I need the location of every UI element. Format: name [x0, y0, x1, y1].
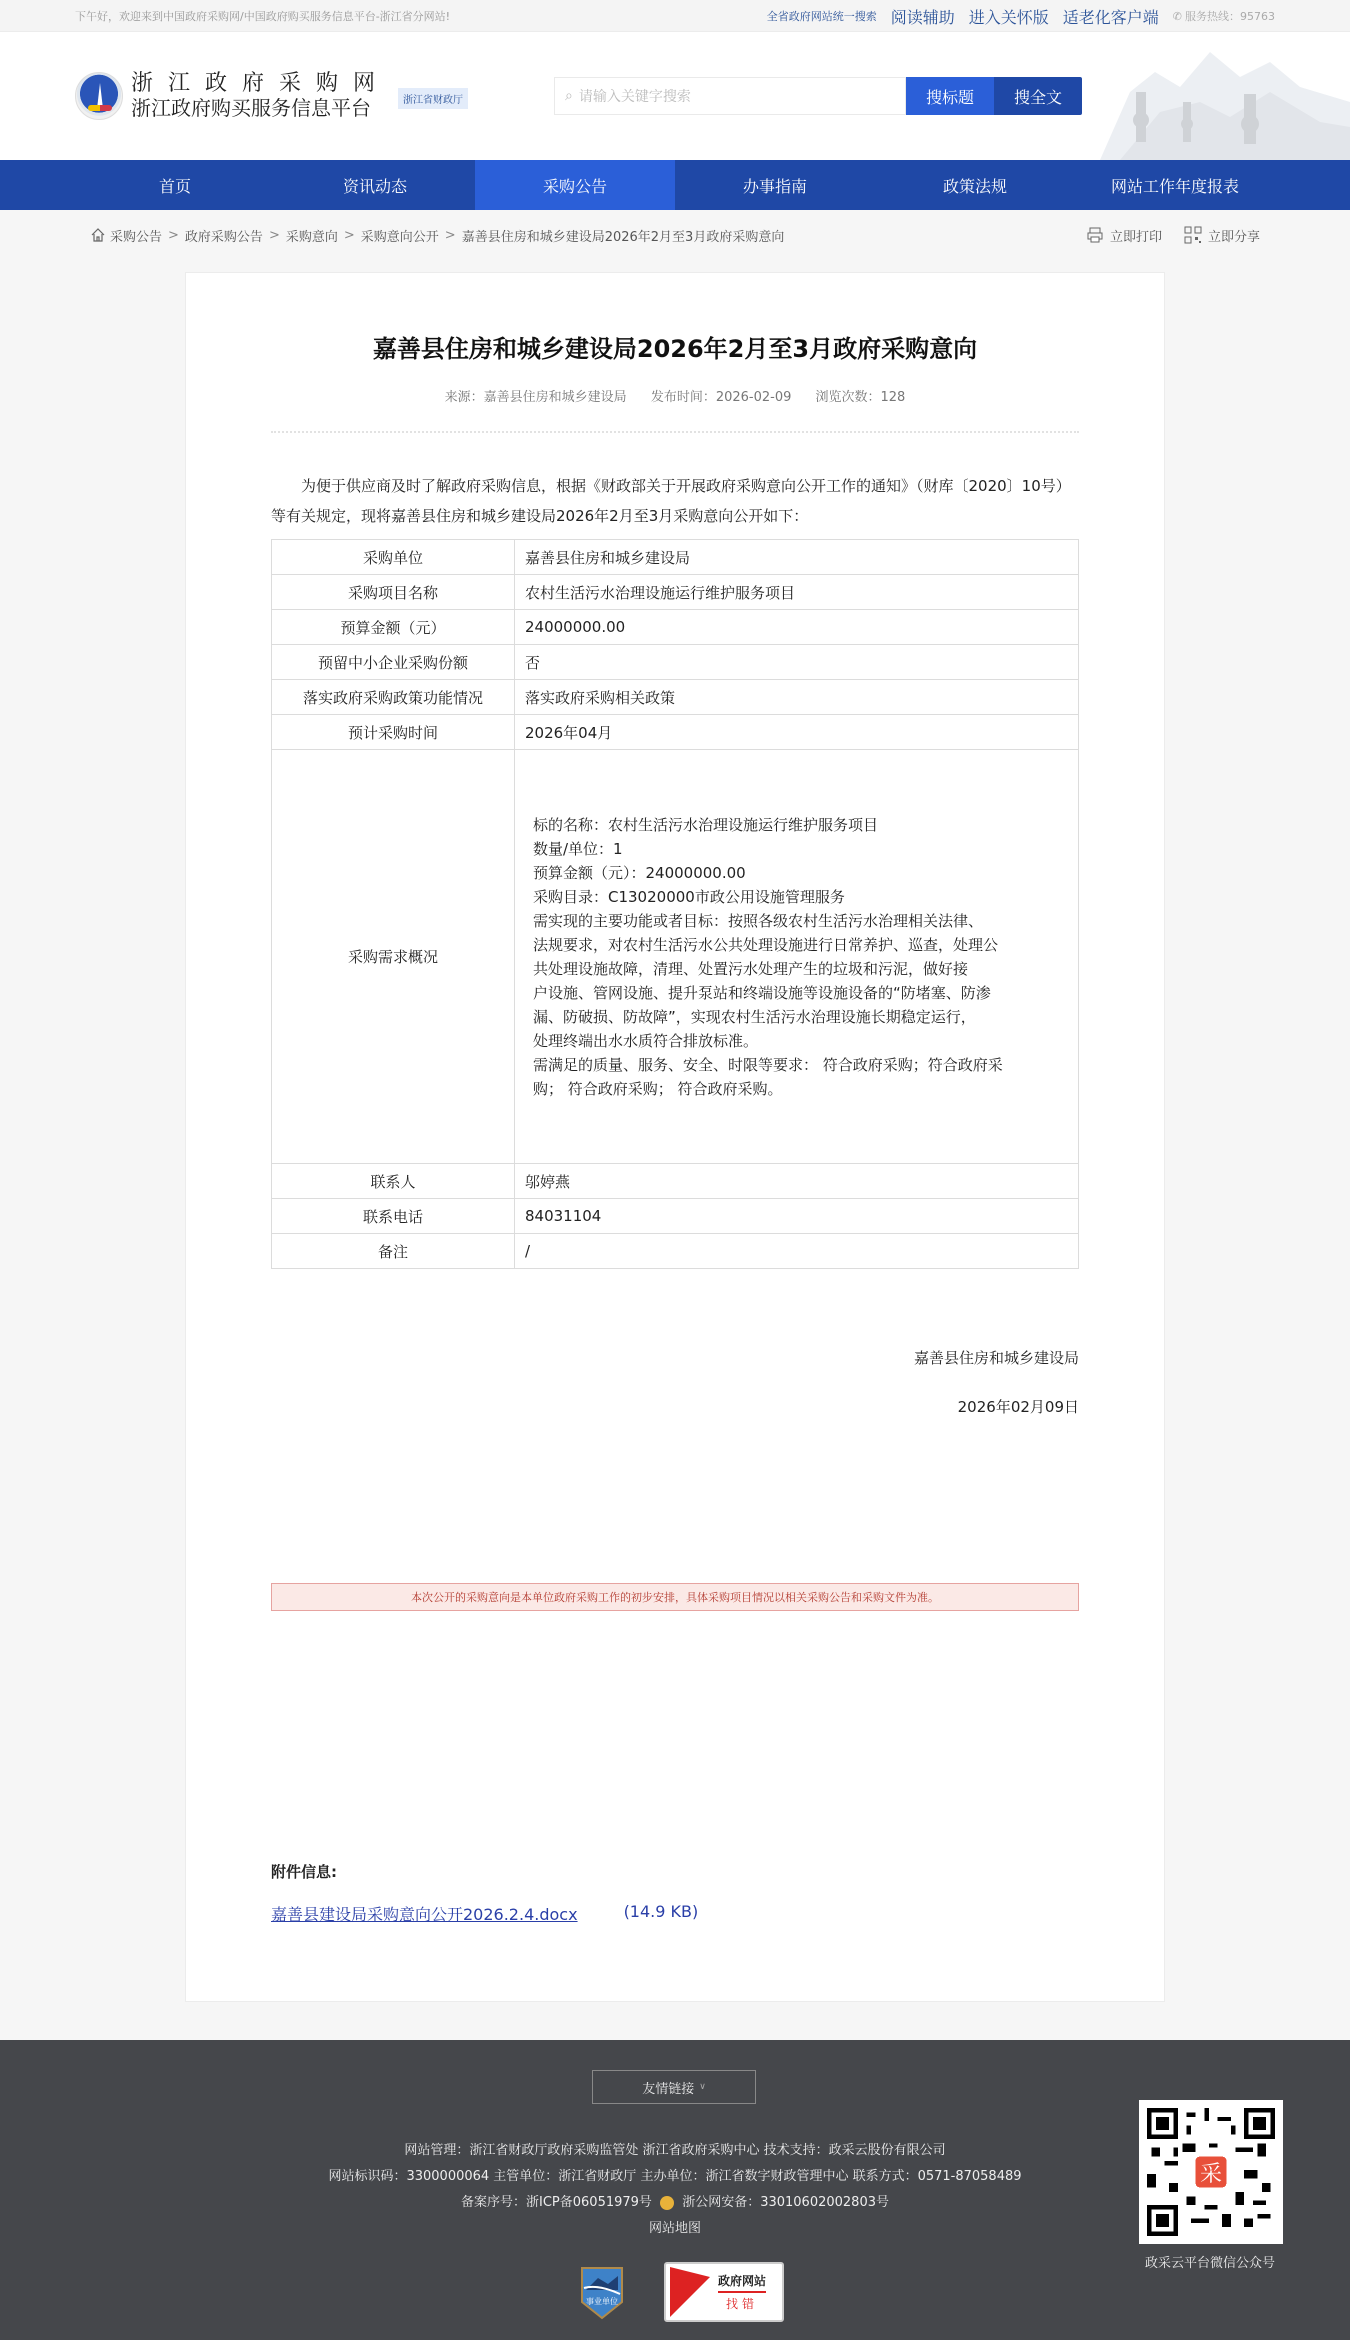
search-icon: ⌕	[565, 88, 573, 104]
table-row: 预留中小企业采购份额否	[272, 645, 1079, 680]
qrcode-caption: 政采云平台微信公众号	[1120, 2252, 1300, 2271]
police-record-link[interactable]: 浙公网安备：33010602002803号	[682, 2195, 889, 2210]
search-fulltext-button[interactable]: 搜全文	[994, 77, 1082, 115]
nav-guide[interactable]: 办事指南	[675, 160, 875, 210]
article-card: 嘉善县住房和城乡建设局2026年2月至3月政府采购意向 来源：嘉善县住房和城乡建…	[185, 272, 1165, 2002]
article-intro: 为便于供应商及时了解政府采购信息，根据《财政部关于开展政府采购意向公开工作的通知…	[271, 471, 1079, 531]
breadcrumb-item[interactable]: 采购意向公开	[361, 226, 439, 245]
search-input[interactable]: ⌕ 请输入关键字搜索	[554, 77, 906, 115]
attachments-heading: 附件信息:	[271, 1861, 1079, 1882]
finance-dept-badge: 浙江省财政厅	[398, 88, 468, 109]
disclaimer-notice: 本次公开的采购意向是本单位政府采购工作的初步安排，具体采购项目情况以相关采购公告…	[271, 1583, 1079, 1611]
divider	[271, 431, 1079, 433]
signature-org: 嘉善县住房和城乡建设局	[271, 1347, 1079, 1368]
attachment-size: (14.9 KB)	[624, 1902, 699, 1925]
article-views: 浏览次数：128	[816, 390, 906, 405]
procurement-info-table: 采购单位嘉善县住房和城乡建设局 采购项目名称农村生活污水治理设施运行维护服务项目…	[271, 539, 1079, 1269]
search-title-button[interactable]: 搜标题	[906, 77, 994, 115]
article-meta: 来源：嘉善县住房和城乡建设局 发布时间：2026-02-09 浏览次数：128	[271, 386, 1079, 405]
table-row: 联系电话84031104	[272, 1199, 1079, 1234]
attachment-item: 嘉善县建设局采购意向公开2026.2.4.docx (14.9 KB)	[271, 1902, 1079, 1925]
breadcrumb: 采购公告> 政府采购公告> 采购意向> 采购意向公开> 嘉善县住房和城乡建设局2…	[90, 226, 784, 245]
attachment-link[interactable]: 嘉善县建设局采购意向公开2026.2.4.docx	[271, 1902, 578, 1925]
svg-text:事业单位: 事业单位	[586, 2296, 618, 2306]
nav-annual-report[interactable]: 网站工作年度报表	[1075, 160, 1275, 210]
signature-date: 2026年02月09日	[271, 1396, 1079, 1417]
table-row: 采购项目名称农村生活污水治理设施运行维护服务项目	[272, 575, 1079, 610]
welcome-text: 下午好，欢迎来到中国政府采购网/中国政府购买服务信息平台-浙江省分网站!	[75, 8, 450, 24]
icp-link[interactable]: 备案序号：浙ICP备06051979号	[461, 2195, 652, 2210]
summary-cell: 标的名称：农村生活污水治理设施运行维护服务项目 数量/单位：1 预算金额（元）：…	[515, 750, 1079, 1164]
home-icon[interactable]	[90, 227, 106, 243]
top-bar: 下午好，欢迎来到中国政府采购网/中国政府购买服务信息平台-浙江省分网站! 全省政…	[0, 0, 1350, 32]
main-nav: 首页 资讯动态 采购公告 办事指南 政策法规 网站工作年度报表	[0, 160, 1350, 210]
table-row: 联系人邬婷燕	[272, 1164, 1079, 1199]
breadcrumb-current: 嘉善县住房和城乡建设局2026年2月至3月政府采购意向	[462, 226, 785, 245]
article-title: 嘉善县住房和城乡建设局2026年2月至3月政府采购意向	[271, 329, 1079, 364]
table-row: 采购单位嘉善县住房和城乡建设局	[272, 540, 1079, 575]
share-button[interactable]: 立即分享	[1184, 226, 1260, 245]
printer-icon	[1086, 226, 1104, 244]
logo-subtitle: 浙江政府购买服务信息平台	[131, 96, 390, 120]
care-mode-link[interactable]: 进入关怀版	[969, 5, 1049, 28]
article-source: 来源：嘉善县住房和城乡建设局	[445, 390, 627, 405]
nav-news[interactable]: 资讯动态	[275, 160, 475, 210]
site-logo[interactable]: 浙江政府采购网 浙江政府购买服务信息平台 浙江省财政厅	[75, 72, 468, 120]
header: 浙江政府采购网 浙江政府购买服务信息平台 浙江省财政厅 ⌕ 请输入关键字搜索 搜…	[0, 32, 1350, 160]
logo-title: 浙江政府采购网	[131, 72, 390, 96]
phone-icon: ✆	[1173, 10, 1182, 23]
public-institution-badge-icon[interactable]: 事业单位	[578, 2264, 626, 2320]
reading-assist-link[interactable]: 阅读辅助	[891, 5, 955, 28]
qrcode-icon: 采	[1147, 2108, 1275, 2236]
nav-policy[interactable]: 政策法规	[875, 160, 1075, 210]
police-badge-icon	[660, 2196, 674, 2210]
footer: 友情链接 ∨ 网站管理：浙江省财政厅政府采购监管处 浙江省政府采购中心 技术支持…	[0, 2040, 1350, 2340]
nav-home[interactable]: 首页	[75, 160, 275, 210]
magnifier-icon	[670, 2267, 710, 2317]
qrcode-icon	[1184, 226, 1202, 244]
wechat-qrcode: 采	[1139, 2100, 1283, 2244]
table-row: 预计采购时间2026年04月	[272, 715, 1079, 750]
search-bar: ⌕ 请输入关键字搜索 搜标题 搜全文	[554, 77, 1082, 115]
svg-text:采: 采	[1200, 2162, 1222, 2187]
breadcrumb-bar: 采购公告> 政府采购公告> 采购意向> 采购意向公开> 嘉善县住房和城乡建设局2…	[0, 210, 1350, 260]
hotline: ✆ 服务热线：95763	[1173, 8, 1275, 24]
table-row: 落实政府采购政策功能情况落实政府采购相关政策	[272, 680, 1079, 715]
chevron-down-icon: ∨	[699, 2082, 706, 2092]
gov-site-error-report-badge[interactable]: 政府网站 找错	[664, 2262, 784, 2322]
breadcrumb-item[interactable]: 采购公告	[110, 226, 162, 245]
sitemap-link[interactable]: 网站地图	[649, 2221, 701, 2236]
unified-search-link[interactable]: 全省政府网站统一搜索	[767, 8, 877, 24]
table-row: 预算金额（元）24000000.00	[272, 610, 1079, 645]
article-publish-time: 发布时间：2026-02-09	[651, 390, 792, 405]
nav-procurement-notices[interactable]: 采购公告	[475, 160, 675, 210]
breadcrumb-item[interactable]: 政府采购公告	[185, 226, 263, 245]
elderly-client-link[interactable]: 适老化客户端	[1063, 5, 1159, 28]
table-row-summary: 采购需求概况 标的名称：农村生活污水治理设施运行维护服务项目 数量/单位：1 预…	[272, 750, 1079, 1164]
table-row: 备注/	[272, 1234, 1079, 1269]
print-button[interactable]: 立即打印	[1086, 226, 1162, 245]
emblem-icon	[75, 72, 123, 120]
breadcrumb-item[interactable]: 采购意向	[286, 226, 338, 245]
friend-links-dropdown[interactable]: 友情链接 ∨	[592, 2070, 756, 2104]
